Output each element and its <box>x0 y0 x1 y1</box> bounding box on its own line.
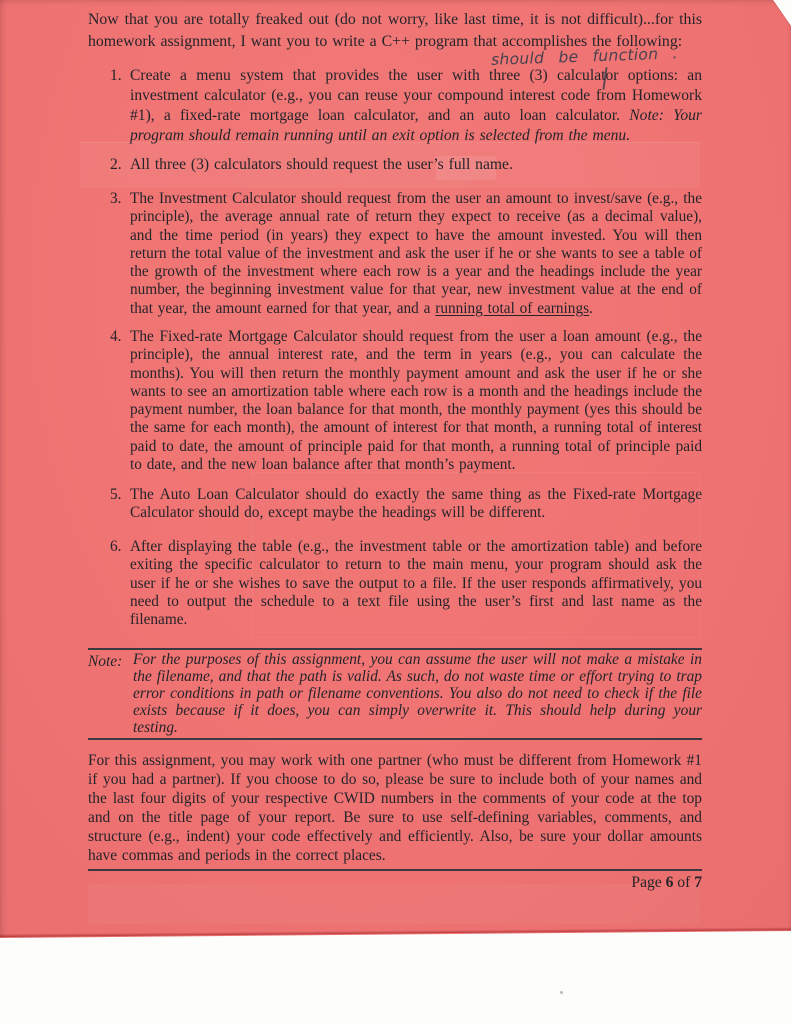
scan-speck <box>560 991 563 994</box>
list-item-2: 2. All three (3) calculators should requ… <box>88 155 702 175</box>
note-label: Note: <box>88 653 122 671</box>
page-number: Page 6 of 7 <box>88 873 702 893</box>
item-number: 6. <box>110 538 121 556</box>
page-label: Page <box>631 874 665 891</box>
item-text: After displaying the table (e.g., the in… <box>130 538 702 629</box>
item-text: Create a menu system that provides the u… <box>130 66 702 146</box>
item-number: 1. <box>110 66 122 86</box>
note-text: For the purposes of this assignment, you… <box>133 651 702 736</box>
list-item-3: 3. The Investment Calculator should requ… <box>88 190 702 318</box>
item-number: 4. <box>110 328 121 346</box>
document-content: Now that you are totally freaked out (do… <box>0 0 791 938</box>
list-item-4: 4. The Fixed-rate Mortgage Calculator sh… <box>88 328 702 474</box>
footer-divider <box>88 869 702 871</box>
page-of-label: of <box>673 874 694 891</box>
list-item-5: 5. The Auto Loan Calculator should do ex… <box>88 486 702 523</box>
list-item-6: 6. After displaying the table (e.g., the… <box>88 538 702 629</box>
note-block: Note: For the purposes of this assignmen… <box>88 648 702 740</box>
item-text: All three (3) calculators should request… <box>130 155 702 175</box>
item-text: The Investment Calculator should request… <box>130 190 702 318</box>
closing-paragraph: For this assignment, you may work with o… <box>88 751 702 865</box>
item-number: 2. <box>110 155 122 175</box>
scanned-paper: Now that you are totally freaked out (do… <box>0 0 791 938</box>
item-number: 5. <box>110 486 121 504</box>
item-text: The Fixed-rate Mortgage Calculator shoul… <box>130 328 702 474</box>
underlined-phrase: running total of earnings <box>435 300 589 317</box>
list-item-1: 1. Create a menu system that provides th… <box>88 66 702 146</box>
item-text: The Auto Loan Calculator should do exact… <box>130 486 702 523</box>
page-total: 7 <box>694 874 702 891</box>
item-number: 3. <box>110 190 121 208</box>
